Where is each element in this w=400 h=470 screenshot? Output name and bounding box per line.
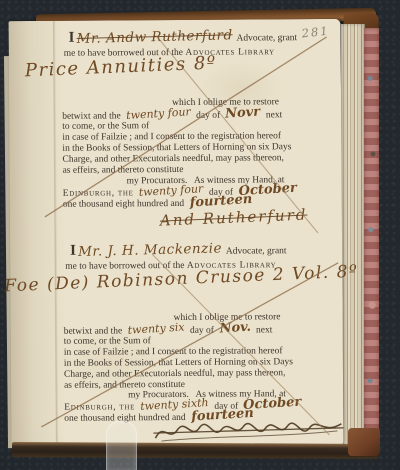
form-line-edinburgh: Edinburgh, the twenty sixth day of Octob… [64, 400, 305, 413]
page-number: 281 [301, 24, 330, 41]
form-line-edinburgh: Edinburgh, the twenty four day of Octobe… [63, 186, 300, 199]
handwritten-return-month: Novr [225, 108, 261, 120]
printed-edinburgh: Edinburgh, the [64, 402, 135, 412]
signature-rutherfurd: And Rutherfurd [160, 206, 308, 230]
printed-year-prefix: one thousand eight hundred and [63, 199, 184, 210]
form-line-year: one thousand eight hundred and fourteen [64, 411, 256, 423]
book-bottom-board-edge [12, 442, 378, 459]
printed-advocate-grant: Advocate, grant [226, 246, 287, 256]
handwritten-year: fourteen [189, 195, 252, 209]
register-page: 281 IMr. Andw RutherfurdAdvocate, grant … [9, 19, 344, 447]
book-corner-leather-bottom [348, 428, 380, 456]
printed-edinburgh: Edinburgh, the [63, 188, 134, 198]
form-line-betwixt: betwixt and the twenty six day of Nov. n… [64, 324, 273, 336]
printed-day-of: day of [190, 326, 214, 336]
form-line-grant: IMr. Andw RutherfurdAdvocate, grant [69, 31, 298, 45]
page-holder-tab [106, 421, 137, 470]
form-line-failzie: in case of Failzie ; and I consent to th… [62, 131, 281, 143]
printed-advocate-grant: Advocate, grant [236, 33, 297, 43]
printed-next: next [256, 325, 272, 335]
marbled-board-edge [364, 28, 379, 448]
printed-betwixt: betwixt and the [62, 111, 121, 121]
printed-betwixt: betwixt and the [64, 326, 123, 336]
form-line-charge: Charge, and other Executorials needful, … [62, 153, 283, 165]
form-line-effeirs: as effeirs, and thereto constitute [63, 165, 184, 176]
handwritten-borrower-name: Mr. Andw Rutherfurd [76, 30, 232, 44]
handwritten-book-title: Price Annuities 8º [24, 52, 217, 81]
handwritten-return-day: twenty six [127, 322, 184, 335]
printed-lead-I: I [70, 243, 76, 259]
printed-day-of: day of [196, 111, 220, 121]
form-line-to-come: to come, or the Sum of [62, 121, 149, 132]
page-stack-fore-edge [341, 24, 365, 448]
form-line-to-come: to come, or the Sum of [64, 336, 151, 347]
form-line-failzie: in case of Failzie ; and I consent to th… [64, 346, 283, 358]
handwritten-return-day: twenty four [126, 107, 191, 121]
form-line-books: in the Books of Session, that Letters of… [64, 357, 293, 369]
form-line-grant: IMr. J. H. MackenzieAdvocate, grant [70, 244, 287, 258]
printed-lead-I: I [69, 30, 75, 46]
printed-next: next [266, 110, 282, 120]
handwritten-borrower-name: Mr. J. H. Mackenzie [78, 243, 222, 257]
form-line-books: in the Books of Session, that Letters of… [62, 142, 291, 154]
handwritten-year: fourteen [191, 409, 254, 423]
photo-background: { "page_number": "281", "form": { "lead"… [0, 0, 400, 470]
form-line-betwixt: betwixt and the twenty four day of Novr … [62, 109, 282, 122]
handwritten-return-month: Nov. [219, 323, 251, 335]
form-line-charge: Charge, and other Executorials needful, … [64, 368, 285, 380]
